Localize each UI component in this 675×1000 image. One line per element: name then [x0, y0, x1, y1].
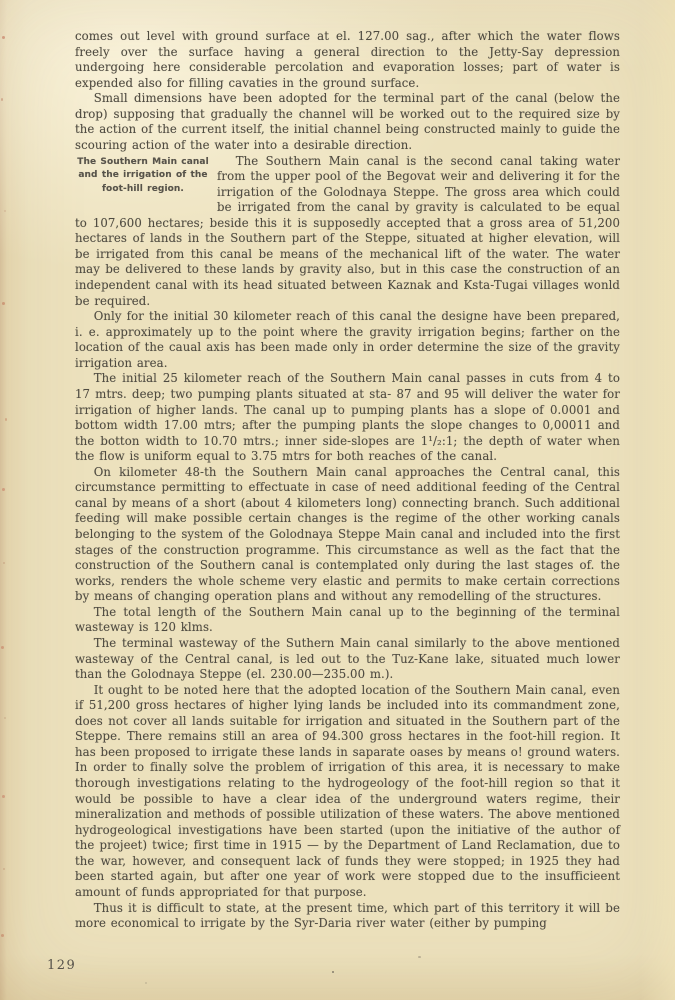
paragraph-text: The terminal wasteway of the Suthern Mai…: [75, 636, 620, 681]
paragraph-text: The total length of the Southern Main ca…: [75, 605, 620, 635]
paragraph-text: The initial 25 kilometer reach of the So…: [75, 371, 620, 463]
paragraph-2: Small dimensions have been adopted for t…: [75, 91, 620, 153]
paper-speck: [5, 418, 7, 421]
paper-speck: [332, 971, 334, 973]
paragraph-text: Thus it is difficult to state, at the pr…: [75, 901, 620, 931]
paper-speck: [1, 934, 4, 937]
paragraph-8: The terminal wasteway of the Suthern Mai…: [75, 636, 620, 683]
paper-speck: [2, 488, 5, 491]
paragraph-9: It ought to be noted here that the adopt…: [75, 683, 620, 901]
paper-speck: [1, 98, 3, 101]
paragraph-7: The total length of the Southern Main ca…: [75, 605, 620, 636]
paper-speck: [4, 210, 6, 212]
paper-speck: [2, 302, 5, 305]
paragraph-6: On kilometer 48-th the Southern Main can…: [75, 465, 620, 605]
paper-speck: [145, 982, 147, 984]
paper-speck: [3, 562, 5, 564]
paper-speck: [4, 717, 6, 719]
paper-speck: [2, 36, 5, 39]
paragraph-text: comes out level with ground surface at e…: [75, 29, 620, 90]
paragraph-text: On kilometer 48-th the Southern Main can…: [75, 465, 620, 604]
paragraph-5: The initial 25 kilometer reach of the So…: [75, 371, 620, 464]
paragraph-3: The Southern Main canal and the irrigati…: [75, 154, 620, 310]
paper-speck: [2, 795, 5, 798]
margin-note: The Southern Main canal and the irrigati…: [75, 154, 211, 201]
paper-speck: [418, 956, 421, 958]
page-text: comes out level with ground surface at e…: [75, 29, 620, 932]
page-number: 129: [47, 958, 76, 973]
scanned-page: comes out level with ground surface at e…: [0, 0, 675, 1000]
paper-speck: [3, 868, 5, 870]
paragraph-text: It ought to be noted here that the adopt…: [75, 683, 620, 899]
paper-speck: [1, 646, 4, 649]
paragraph-text: Small dimensions have been adopted for t…: [75, 91, 620, 152]
paragraph-4: Only for the initial 30 kilometer reach …: [75, 309, 620, 371]
paragraph-1: comes out level with ground surface at e…: [75, 29, 620, 91]
paragraph-text: Only for the initial 30 kilometer reach …: [75, 309, 620, 370]
paragraph-10: Thus it is difficult to state, at the pr…: [75, 901, 620, 932]
